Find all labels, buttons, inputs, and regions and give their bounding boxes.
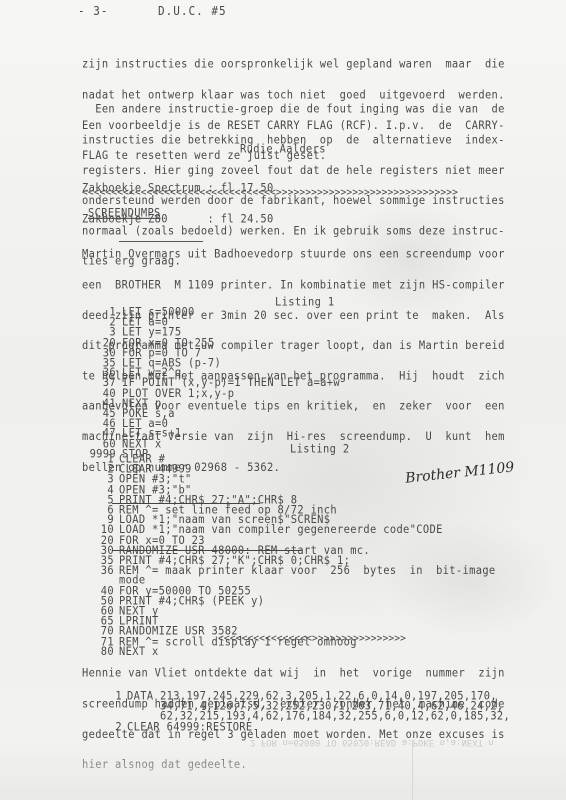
code-underline — [112, 503, 260, 504]
text-line: Hennie van Vliet ontdekte dat wij in het… — [82, 669, 542, 679]
text-line: Martin Overmars uit Badhoevedorp stuurde… — [82, 250, 542, 260]
line-number: 2 — [100, 722, 122, 732]
code-line: 35LET q=ABS (p-7) — [80, 359, 340, 369]
listing-2-title: Listing 2 — [290, 445, 349, 455]
scanned-page: - 3- D.U.C. #5 zijn instructies die oors… — [0, 0, 566, 800]
code-line: 47LET s=s+1 — [80, 429, 340, 439]
code-line: 2CLEAR 64999:RESTORE — [100, 722, 510, 732]
code-line: 45POKE s,a — [80, 409, 340, 419]
scan-fold-line — [412, 740, 413, 800]
listing-1: 1LET s=500002LET a=03LET y=17520FOR x=0 … — [80, 308, 340, 460]
section-separator: <<<<<<<<<<<<<<<<<<<<<<<<<<<<<<<<<>>>>>>>… — [82, 188, 458, 198]
section-heading: SCREENDUMPS — [88, 209, 161, 219]
text-line: zijn instructies die oorspronkelijk wel … — [82, 60, 542, 70]
listing-2: 1CLEAR #2CLEAR 449993OPEN #3;"t"4OPEN #3… — [92, 455, 496, 657]
code-text: REM ^= maak printer klaar voor 256 bytes… — [119, 564, 496, 577]
page-number: - 3- — [78, 6, 109, 16]
author-name: Rudie Aalders — [240, 145, 326, 155]
printer-underline — [119, 241, 203, 242]
data-listing: 1DATA 213,197,245,229,62,3,205,1,22,6,0,… — [100, 692, 510, 732]
line-number: 1 — [100, 692, 122, 702]
code-line: 36REM ^= maak printer klaar voor 256 byt… — [92, 566, 496, 576]
code-line: 40PLOT OVER 1;x,y-p — [80, 389, 340, 399]
code-text: CLEAR 64999:RESTORE — [127, 720, 253, 733]
code-underline — [112, 550, 302, 551]
code-line: 41NEXT p — [80, 399, 340, 409]
code-line: 20FOR x=0 TO 255 — [80, 338, 340, 348]
issue-title: D.U.C. #5 — [158, 6, 227, 16]
text-line: een BROTHER M 1109 printer. In kombinati… — [82, 281, 542, 291]
listing-1-title: Listing 1 — [275, 298, 334, 308]
text-line: Een andere instructie-groep die de fout … — [82, 105, 542, 115]
code-line: 46LET a=0 — [80, 419, 340, 429]
section-separator: <<<<<<<<<<<<<<<<>>>>>>>>>>>>>>>> — [218, 634, 406, 644]
code-line: 1LET s=50000 — [80, 308, 340, 318]
code-line: 2LET a=0 — [80, 318, 340, 328]
price-value: : fl 24.50 — [208, 212, 274, 225]
line-number: 36 — [92, 566, 114, 576]
scan-edge-shadow — [0, 740, 566, 800]
